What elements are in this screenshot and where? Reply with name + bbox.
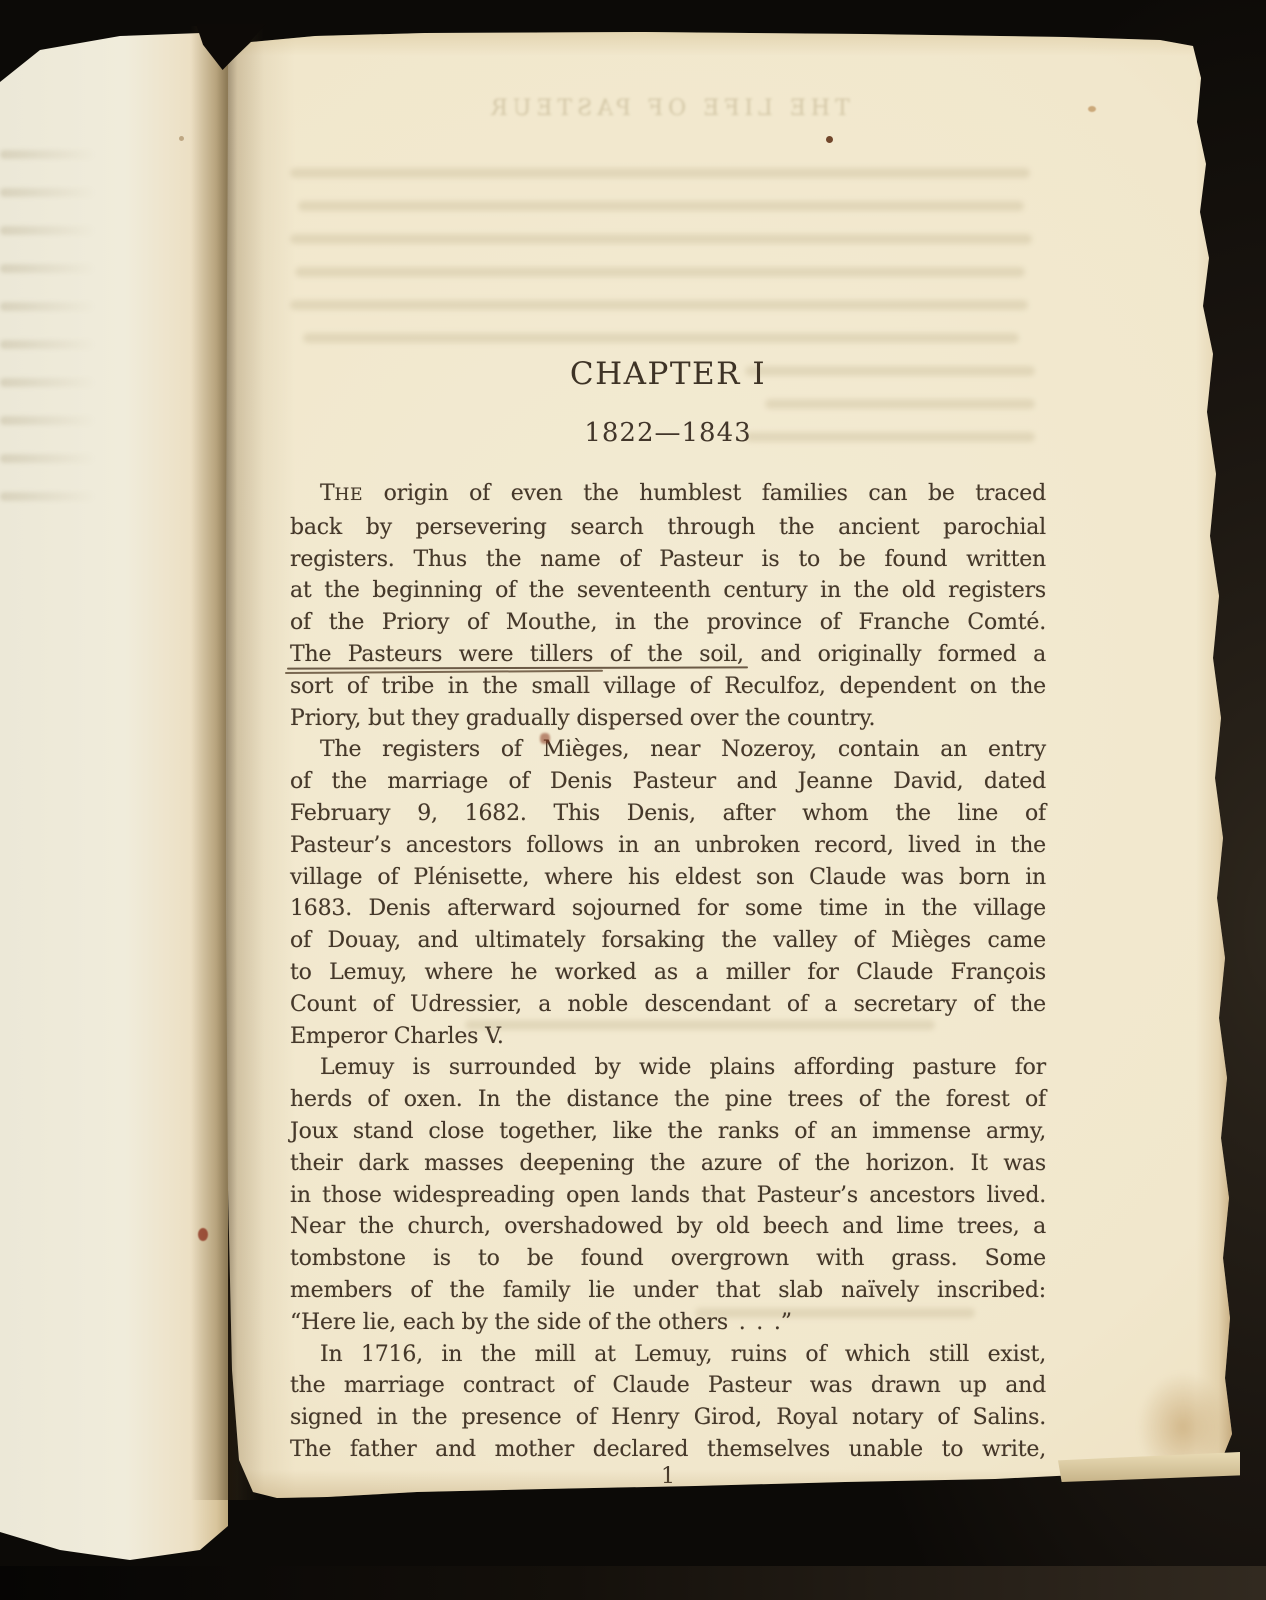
- text-line: back by persevering search through the a…: [290, 512, 1046, 544]
- text-line: The father and mother declared themselve…: [290, 1434, 1046, 1466]
- text-line: of Douay, and ultimately forsaking the v…: [290, 925, 1046, 957]
- text-line: of the Priory of Mouthe, in the province…: [290, 607, 1046, 639]
- text-line: Joux stand close together, like the rank…: [290, 1116, 1046, 1148]
- text-line: registers. Thus the name of Pasteur is t…: [290, 544, 1046, 576]
- text-line: “Here lie, each by the side of the other…: [290, 1307, 1046, 1339]
- show-through-line: [0, 150, 96, 159]
- facing-page: [0, 26, 228, 1574]
- text-line: in those widespreading open lands that P…: [290, 1180, 1046, 1212]
- text-line: the marriage contract of Claude Pasteur …: [290, 1370, 1046, 1402]
- show-through-line: [0, 226, 96, 235]
- leading-smallcaps: THE: [320, 481, 363, 506]
- text-line: herds of oxen. In the distance the pine …: [290, 1084, 1046, 1116]
- text-line: THE origin of even the humblest families…: [290, 478, 1046, 512]
- text-line: tombstone is to be found overgrown with …: [290, 1243, 1046, 1275]
- chapter-date-range: 1822—1843: [290, 418, 1046, 448]
- text-line: Lemuy is surrounded by wide plains affor…: [290, 1052, 1046, 1084]
- show-through-line: [0, 416, 96, 425]
- text-line: their dark masses deepening the azure of…: [290, 1148, 1046, 1180]
- text-line: Near the church, overshadowed by old bee…: [290, 1211, 1046, 1243]
- book-photo: THE LIFE OF PASTEUR CHAPTER I 1822—1843 …: [0, 0, 1266, 1600]
- underlined-phrase: The Pasteurs were tillers of the soil,: [290, 642, 744, 667]
- text-line: The registers of Mièges, near Nozeroy, c…: [290, 734, 1046, 766]
- text-line: members of the family lie under that sla…: [290, 1275, 1046, 1307]
- chapter-heading: CHAPTER I: [290, 356, 1046, 392]
- text-line: Pasteur’s ancestors follows in an unbrok…: [290, 830, 1046, 862]
- text-line: sort of tribe in the small village of Re…: [290, 671, 1046, 703]
- show-through-line: [0, 340, 96, 349]
- text-line: signed in the presence of Henry Girod, R…: [290, 1402, 1046, 1434]
- text-line: In 1716, in the mill at Lemuy, ruins of …: [290, 1339, 1046, 1371]
- text-line: February 9, 1682. This Denis, after whom…: [290, 798, 1046, 830]
- body-text: THE origin of even the humblest families…: [290, 478, 1046, 1466]
- table-surface: [0, 1566, 1266, 1600]
- text-line: to Lemuy, where he worked as a miller fo…: [290, 957, 1046, 989]
- show-through-line: [0, 454, 96, 463]
- text-line: 1683. Denis afterward sojourned for some…: [290, 893, 1046, 925]
- page-text: CHAPTER I 1822—1843 THE origin of even t…: [290, 30, 1046, 1500]
- book-page: THE LIFE OF PASTEUR CHAPTER I 1822—1843 …: [225, 30, 1232, 1500]
- show-through-line: [0, 492, 96, 501]
- show-through-line: [0, 302, 96, 311]
- show-through-line: [0, 378, 96, 387]
- show-through-line: [0, 264, 96, 273]
- show-through-line: [0, 188, 96, 197]
- text-line: village of Plénisette, where his eldest …: [290, 862, 1046, 894]
- text-line: The Pasteurs were tillers of the soil, a…: [290, 639, 1046, 671]
- text-line: Priory, but they gradually dispersed ove…: [290, 703, 1046, 735]
- text-line: of the marriage of Denis Pasteur and Jea…: [290, 766, 1046, 798]
- text-line: Count of Udressier, a noble descendant o…: [290, 989, 1046, 1021]
- text-line: Emperor Charles V.: [290, 1021, 1046, 1053]
- text-line: at the beginning of the seventeenth cent…: [290, 575, 1046, 607]
